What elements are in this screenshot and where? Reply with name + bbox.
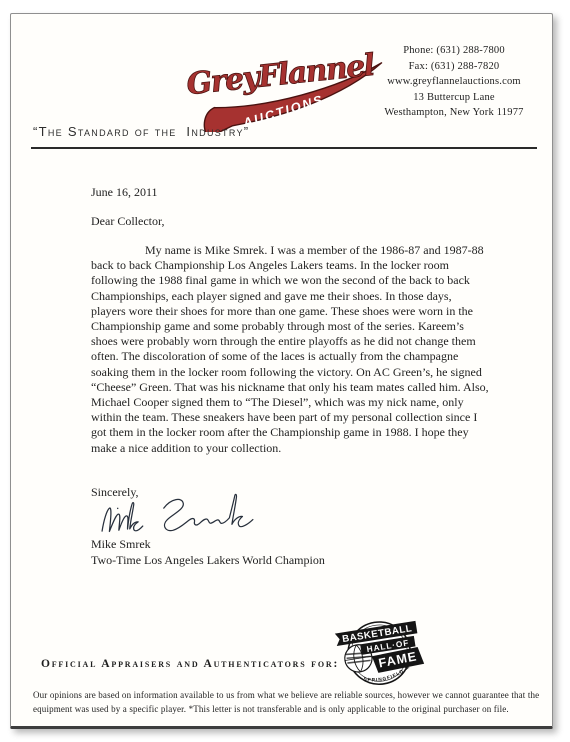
contact-fax: Fax: (631) 288-7820 [356, 59, 552, 75]
hall-of-fame-logo-art: BASKETBALL HALL·OF FAME SPRINGFIELD MASS… [329, 616, 431, 696]
signature-i-dot [117, 508, 119, 510]
letter-body: My name is Mike Smrek. I was a member of… [91, 243, 489, 456]
official-appraisers-line: Official Appraisers and Authenticators f… [41, 658, 339, 670]
signer-title: Two-Time Los Angeles Lakers World Champi… [91, 553, 325, 569]
contact-phone: Phone: (631) 288-7800 [356, 43, 552, 59]
letterhead-divider [31, 147, 537, 149]
company-tagline: “The Standard of the Industry” [33, 124, 249, 139]
contact-website: www.greyflannelauctions.com [356, 74, 552, 90]
contact-address-city: Westhampton, New York 11977 [356, 105, 552, 121]
letter-salutation: Dear Collector, [91, 214, 165, 229]
logo-script-text: GreyFlannel [186, 48, 376, 103]
contact-address-street: 13 Buttercup Lane [356, 90, 552, 106]
letter-date: June 16, 2011 [91, 185, 158, 200]
signature-last-name-stroke [163, 494, 253, 531]
hall-of-fame-logo: BASKETBALL HALL·OF FAME SPRINGFIELD MASS… [329, 616, 431, 696]
contact-block: Phone: (631) 288-7800 Fax: (631) 288-782… [356, 43, 552, 121]
letter-page: GreyFlannel AUCTIONS Phone: (631) 288-78… [10, 13, 553, 729]
signature-first-name-stroke [101, 502, 143, 532]
signer-name: Mike Smrek [91, 537, 325, 553]
footer-disclaimer: Our opinions are based on information av… [33, 689, 545, 716]
handwritten-signature [97, 491, 265, 541]
